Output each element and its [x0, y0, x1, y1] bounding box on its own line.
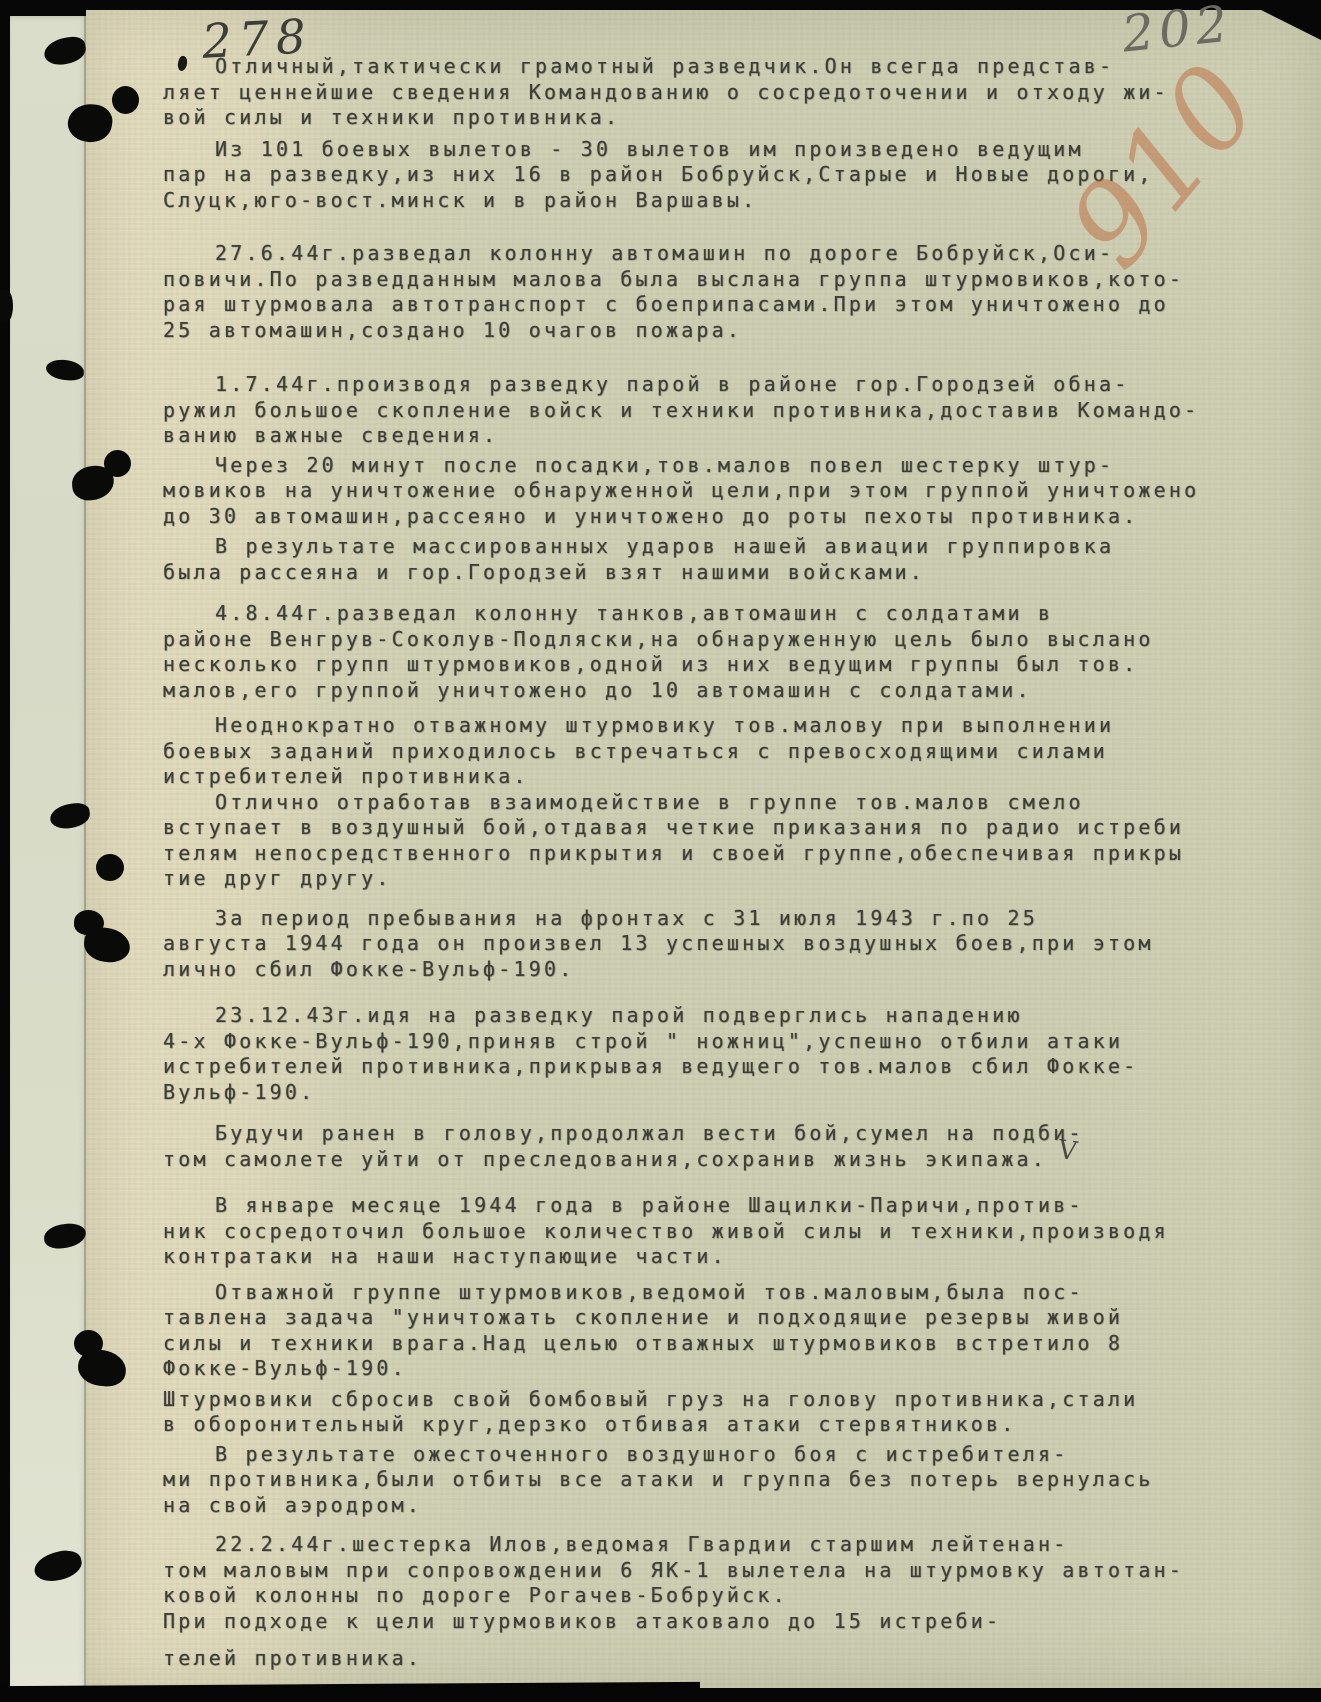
text-line: В результате ожесточенного воздушного бо… — [163, 1442, 1321, 1468]
paragraph: Неоднократно отважному штурмовику тов.ма… — [163, 713, 1321, 790]
paragraph: В результате ожесточенного воздушного бо… — [163, 1442, 1321, 1519]
text-line: до 30 автомашин,рассеяно и уничтожено до… — [163, 504, 1321, 530]
text-line: В январе месяце 1944 года в районе Шацил… — [163, 1193, 1321, 1219]
text-line: том маловым при сопровождении 6 ЯК-1 выл… — [163, 1558, 1321, 1584]
text-line: Через 20 минут после посадки,тов.малов п… — [163, 453, 1321, 479]
punch-hole — [96, 854, 124, 881]
text-line: районе Венгрув-Соколув-Подляски,на обнар… — [163, 627, 1321, 653]
text-line: За период пребывания на фронтах с 31 июл… — [163, 906, 1321, 932]
text-line: истребителей противника,прикрывая ведуще… — [163, 1054, 1321, 1080]
text-line: Вульф-190. — [163, 1080, 1321, 1106]
text-line: вступает в воздушный бой,отдавая четкие … — [163, 815, 1321, 841]
paragraph: За период пребывания на фронтах с 31 июл… — [163, 906, 1321, 983]
text-line: 4.8.44г.разведал колонну танков,автомаши… — [163, 601, 1321, 627]
text-line: телям непосредственного прикрытия и свое… — [163, 841, 1321, 867]
text-line: несколько групп штурмовиков,одной из них… — [163, 652, 1321, 678]
text-line: на свой аэродром. — [163, 1493, 1321, 1519]
punch-hole — [112, 86, 139, 114]
text-line: 23.12.43г.идя на разведку парой подвергл… — [163, 1003, 1321, 1029]
paragraph: В результате массированных ударов нашей … — [163, 534, 1321, 585]
paragraph: 1.7.44г.производя разведку парой в район… — [163, 372, 1321, 449]
text-line: том самолете уйти от преследования,сохра… — [163, 1147, 1321, 1173]
text-line: В результате массированных ударов нашей … — [163, 534, 1321, 560]
paragraph: Через 20 минут после посадки,тов.малов п… — [163, 453, 1321, 530]
text-line: ружил большое скопление войск и техники … — [163, 398, 1321, 424]
backing-page-strip — [10, 16, 88, 1692]
text-line: 4-х Фокке-Вульф-190,приняв строй " ножни… — [163, 1029, 1321, 1055]
text-line: Будучи ранен в голову,продолжал вести бо… — [163, 1121, 1321, 1147]
text-line: 25 автомашин,создано 10 очагов пожара. — [163, 318, 1321, 344]
text-line: рая штурмовала автотранспорт с боеприпас… — [163, 292, 1321, 318]
text-line: тие друг другу. — [163, 866, 1321, 892]
ink-blot — [0, 290, 13, 322]
text-line: истребителей противника. — [163, 764, 1321, 790]
paragraph: Отлично отработав взаимодействие в групп… — [163, 790, 1321, 892]
text-line: в оборонительный круг,дерзко отбивая ата… — [163, 1412, 1321, 1438]
text-line: 1.7.44г.производя разведку парой в район… — [163, 372, 1321, 398]
paragraph: Будучи ранен в голову,продолжал вести бо… — [163, 1121, 1321, 1172]
text-line: силы и техники врага.Над целью отважных … — [163, 1331, 1321, 1357]
document-body: Отличный,тактически грамотный разведчик.… — [163, 54, 1321, 1672]
text-line: При подходе к цели штурмовиков атаковало… — [163, 1609, 1321, 1635]
text-line: Отлично отработав взаимодействие в групп… — [163, 790, 1321, 816]
torn-corner — [1261, 10, 1321, 40]
paragraph: Отважной группе штурмовиков,ведомой тов.… — [163, 1280, 1321, 1382]
paragraph: 23.12.43г.идя на разведку парой подвергл… — [163, 1003, 1321, 1105]
paragraph: 22.2.44г.шестерка Илов,ведомая Гвардии с… — [163, 1532, 1321, 1634]
text-line: августа 1944 года он произвел 13 успешны… — [163, 931, 1321, 957]
text-line: боевых заданий приходилось встречаться с… — [163, 739, 1321, 765]
text-line: ванию важные сведения. — [163, 423, 1321, 449]
text-line: тавлена задача "уничтожать скопление и п… — [163, 1305, 1321, 1331]
text-line: контратаки на наши наступающие части. — [163, 1244, 1321, 1270]
text-line: Неоднократно отважному штурмовику тов.ма… — [163, 713, 1321, 739]
text-line: была рассеяна и гор.Городзей взят нашими… — [163, 560, 1321, 586]
paragraph: 4.8.44г.разведал колонну танков,автомаши… — [163, 601, 1321, 703]
text-line: ник сосредоточил большое количество живо… — [163, 1219, 1321, 1245]
text-line: 22.2.44г.шестерка Илов,ведомая Гвардии с… — [163, 1532, 1321, 1558]
paragraph: Штурмовики сбросив свой бомбовый груз на… — [163, 1387, 1321, 1438]
pencil-check-mark: V — [1056, 1135, 1079, 1167]
text-line: ковой колонны по дороге Рогачев-Бобруйск… — [163, 1583, 1321, 1609]
text-line: малов,его группой уничтожено до 10 автом… — [163, 678, 1321, 704]
text-line: Отважной группе штурмовиков,ведомой тов.… — [163, 1280, 1321, 1306]
text-line: ми противника,были отбиты все атаки и гр… — [163, 1467, 1321, 1493]
text-line: лично сбил Фокке-Вульф-190. — [163, 957, 1321, 983]
text-line: мовиков на уничтожение обнаруженной цели… — [163, 478, 1321, 504]
text-line: Фокке-Вульф-190. — [163, 1356, 1321, 1382]
handwritten-page-number-left: 278 — [201, 9, 314, 70]
paragraph: телей противника. — [163, 1646, 1321, 1672]
text-line: телей противника. — [163, 1646, 1321, 1672]
text-line: Штурмовики сбросив свой бомбовый груз на… — [163, 1387, 1321, 1413]
paragraph: В январе месяце 1944 года в районе Шацил… — [163, 1193, 1321, 1270]
